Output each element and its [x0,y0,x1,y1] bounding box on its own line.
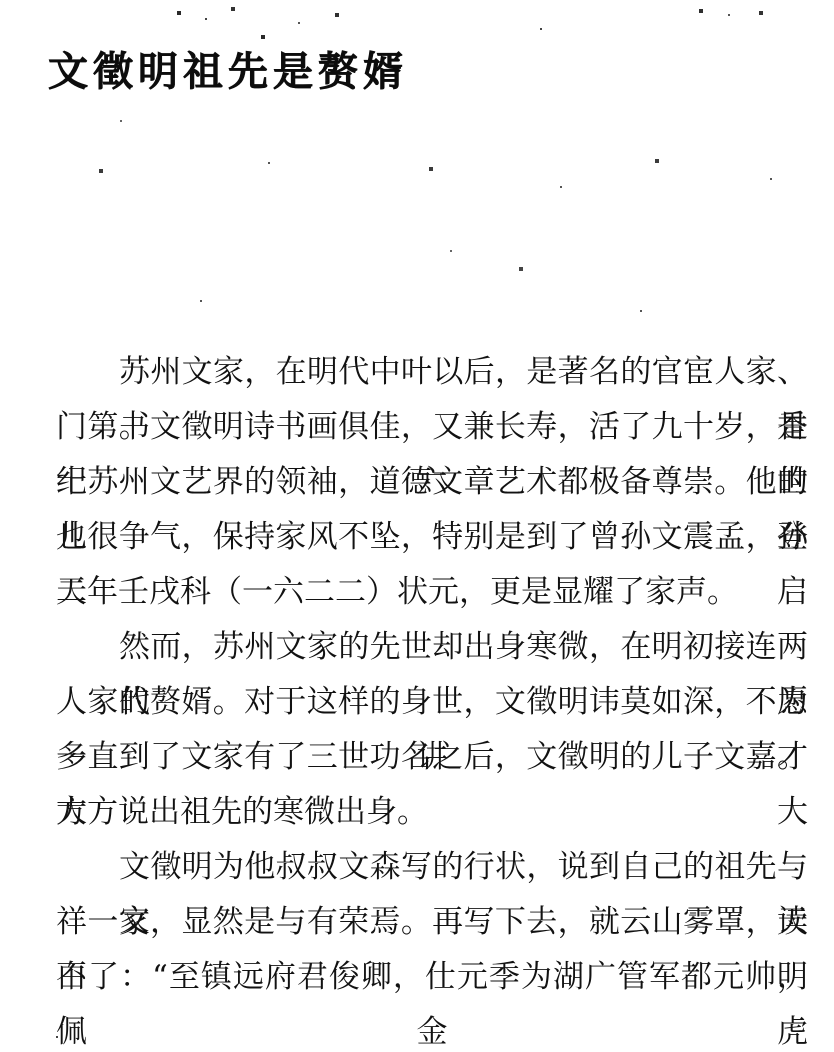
text-line: 文徵明为他叔叔文森写的行状，说到自己的祖先与文天 [56,840,808,895]
scan-noise-speckles [0,0,2,2]
text-line: 苏州文家，在明代中叶以后，是著名的官宦人家、书香 [56,345,808,400]
text-line: 然而，苏州文家的先世却出身寒微，在明初接连两代为 [56,620,808,675]
text-line: 人家的赘婿。对于这样的身世，文徵明讳莫如深，不愿多讲。 [56,675,808,730]
body-text-block: 苏州文家，在明代中叶以后，是著名的官宦人家、书香 门第。文徵明诗书画俱佳，又兼长… [56,345,808,1005]
text-line: 祥一家，显然是与有荣焉。再写下去，就云山雾罩，读不明 [56,895,808,950]
text-line: 纪苏州文艺界的领袖，道德文章艺术都极备尊崇。他的儿孙 [56,455,808,510]
text-line: 门第。文徵明诗书画俱佳，又兼长寿，活了九十岁，是十六世 [56,400,808,455]
page-title: 文徵明祖先是赘婿 [48,40,408,97]
text-line: 也很争气，保持家风不坠，特别是到了曾孙文震孟，登天启 [56,510,808,565]
text-line: 一直到了文家有了三世功名之后，文徵明的儿子文嘉才大大 [56,730,808,785]
text-line: 白了：“至镇远府君俊卿，仕元季为湖广管军都元帅，佩金虎 [56,950,808,1005]
scanned-book-page: 文徵明祖先是赘婿 苏州文家，在明代中叶以后，是著名的官宦人家、书香 门第。文徵明… [0,0,834,1052]
text-line: 二年壬戌科（一六二二）状元，更是显耀了家声。 [56,565,808,620]
